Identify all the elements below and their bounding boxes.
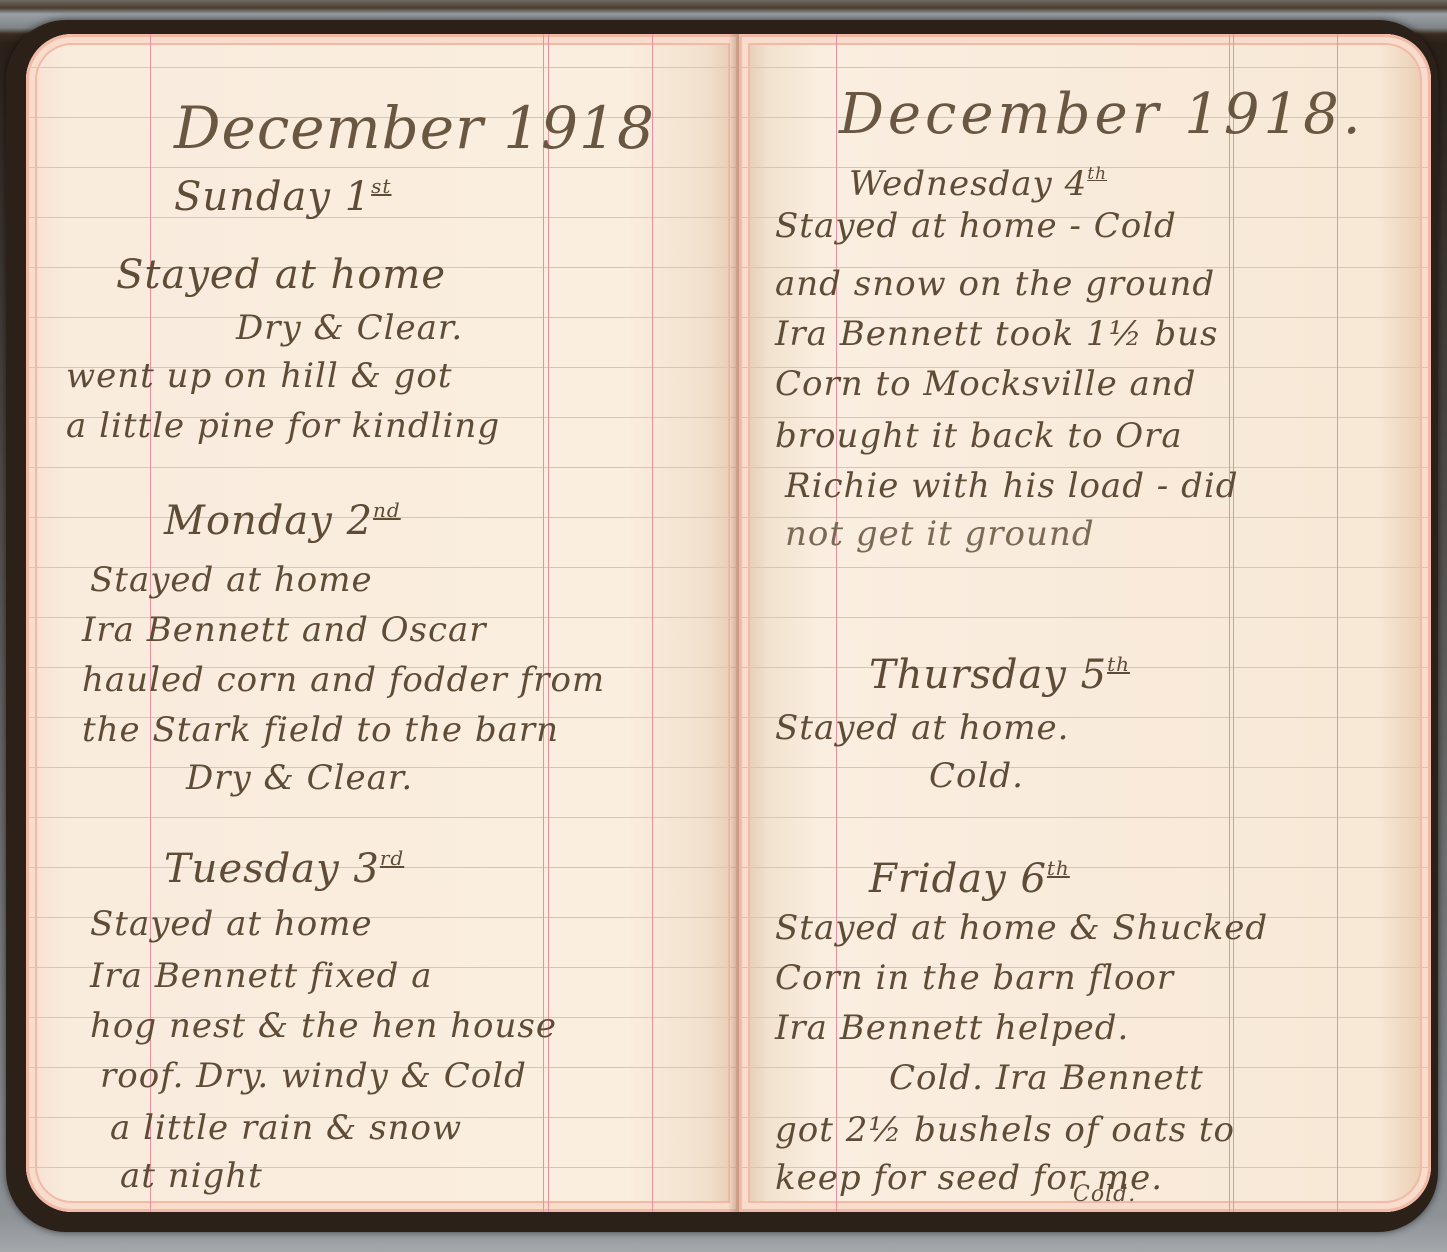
entry-line: Corn to Mocksville and	[775, 364, 1196, 404]
left-page: December 1918 Sunday 1st Stayed at home …	[26, 34, 739, 1212]
entry-line: Stayed at home.	[775, 708, 1069, 748]
entry-line: hog nest & the hen house	[90, 1006, 557, 1046]
entry-line: at night	[120, 1156, 263, 1196]
day-ordinal: nd	[373, 498, 401, 522]
day-date: 4	[1065, 164, 1088, 204]
entry-line: Richie with his load - did	[785, 466, 1238, 506]
entry-line: Stayed at home	[90, 904, 373, 944]
entry-line: the Stark field to the barn	[82, 710, 559, 750]
entry-line: and snow on the ground	[775, 264, 1215, 304]
entry-line: got 2½ bushels of oats to	[775, 1110, 1235, 1150]
day-name: Thursday	[869, 652, 1067, 698]
day-name: Tuesday	[164, 846, 340, 892]
day-date: 1	[345, 174, 371, 220]
entry-line: roof. Dry. windy & Cold	[100, 1056, 527, 1096]
day-date: 3	[353, 846, 379, 892]
day-name: Sunday	[174, 174, 331, 220]
day-ordinal: rd	[380, 846, 404, 870]
day-ordinal: st	[371, 174, 391, 198]
entry-line: Stayed at home	[116, 252, 446, 298]
margin-line	[1233, 34, 1234, 1212]
entry-day-heading: Wednesday 4th	[849, 164, 1107, 204]
margin-line	[652, 34, 653, 1212]
entry-day-heading: Friday 6th	[869, 856, 1070, 902]
day-date: 2	[347, 498, 373, 544]
day-ordinal: th	[1087, 164, 1107, 184]
entry-line: Dry & Clear.	[186, 758, 413, 798]
entry-line: Stayed at home - Cold	[775, 206, 1177, 246]
entry-line: Stayed at home & Shucked	[775, 908, 1268, 948]
entry-day-heading: Thursday 5th	[869, 652, 1130, 698]
entry-line: Ira Bennett and Oscar	[82, 610, 487, 650]
day-name: Wednesday	[849, 164, 1053, 204]
entry-line: Ira Bennett took 1½ bus	[775, 314, 1218, 354]
entry-line: not get it ground	[785, 514, 1095, 554]
entry-line: Cold.	[929, 756, 1024, 796]
day-ordinal: th	[1047, 856, 1070, 880]
right-page: December 1918. Wednesday 4th Stayed at h…	[739, 34, 1431, 1212]
entry-line: brought it back to Ora	[775, 416, 1183, 456]
entry-line: Cold.	[1073, 1182, 1136, 1207]
margin-line	[1337, 34, 1338, 1212]
page-header: December 1918.	[839, 82, 1365, 147]
entry-day-heading: Monday 2nd	[164, 498, 401, 544]
entry-line: Stayed at home	[90, 560, 373, 600]
entry-day-heading: Sunday 1st	[174, 174, 391, 220]
day-name: Friday	[869, 856, 1007, 902]
entry-line: a little rain & snow	[110, 1108, 462, 1148]
margin-line	[1229, 34, 1230, 1212]
entry-line: Cold. Ira Bennett	[889, 1058, 1204, 1098]
entry-day-heading: Tuesday 3rd	[164, 846, 404, 892]
entry-line: Corn in the barn floor	[775, 958, 1174, 998]
entry-line: Ira Bennett fixed a	[90, 956, 433, 996]
entry-line: a little pine for kindling	[66, 406, 500, 446]
page-header: December 1918	[174, 94, 655, 162]
entry-line: Dry & Clear.	[236, 308, 463, 348]
day-date: 6	[1020, 856, 1046, 902]
day-name: Monday	[164, 498, 333, 544]
entry-line: Ira Bennett helped.	[775, 1008, 1129, 1048]
day-ordinal: th	[1107, 652, 1130, 676]
day-date: 5	[1081, 652, 1107, 698]
entry-line: went up on hill & got	[66, 356, 453, 396]
entry-line: hauled corn and fodder from	[82, 660, 605, 700]
